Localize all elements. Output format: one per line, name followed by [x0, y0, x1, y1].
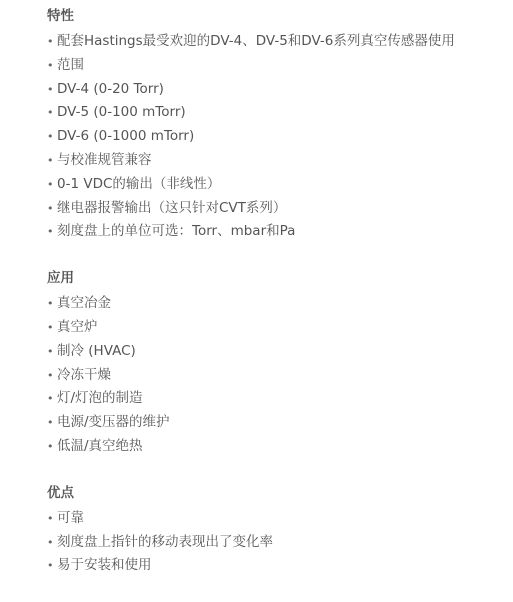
section-spacer [47, 244, 507, 268]
section-0: 特性•配套Hastings最受欢迎的DV-4、DV-5和DV-6系列真空传感器使… [47, 6, 507, 244]
list-item-text: 电源/变压器的维护 [57, 411, 170, 435]
list-item: •易于安装和使用 [47, 554, 507, 578]
bullet-icon: • [47, 101, 57, 125]
list-item-text: 真空炉 [57, 316, 98, 340]
list-item: •电源/变压器的维护 [47, 411, 507, 435]
section-heading: 优点 [47, 483, 507, 507]
list-item: •真空炉 [47, 316, 507, 340]
bullet-list: •可靠•刻度盘上指针的移动表现出了变化率•易于安装和使用 [47, 507, 507, 578]
list-item-text: 刻度盘上指针的移动表现出了变化率 [57, 531, 273, 555]
list-item-text: 0-1 VDC的输出（非线性） [57, 173, 220, 197]
list-item-text: 配套Hastings最受欢迎的DV-4、DV-5和DV-6系列真空传感器使用 [57, 30, 455, 54]
list-item-text: 易于安装和使用 [57, 554, 152, 578]
list-item-text: 与校准规管兼容 [57, 149, 152, 173]
list-item: •低温/真空绝热 [47, 435, 507, 459]
bullet-icon: • [47, 554, 57, 578]
bullet-icon: • [47, 197, 57, 221]
list-item: •DV-6 (0-1000 mTorr) [47, 125, 507, 149]
bullet-icon: • [47, 30, 57, 54]
list-item: •DV-4 (0-20 Torr) [47, 78, 507, 102]
bullet-icon: • [47, 507, 57, 531]
bullet-icon: • [47, 125, 57, 149]
bullet-icon: • [47, 340, 57, 364]
list-item-text: 低温/真空绝热 [57, 435, 143, 459]
bullet-icon: • [47, 531, 57, 555]
section-1: 应用•真空冶金•真空炉•制冷 (HVAC)•冷冻干燥•灯/灯泡的制造•电源/变压… [47, 268, 507, 459]
bullet-icon: • [47, 316, 57, 340]
bullet-icon: • [47, 78, 57, 102]
list-item-text: DV-6 (0-1000 mTorr) [57, 125, 194, 149]
list-item: •范围 [47, 54, 507, 78]
bullet-icon: • [47, 220, 57, 244]
list-item: •继电器报警输出（这只针对CVT系列） [47, 197, 507, 221]
bullet-icon: • [47, 411, 57, 435]
list-item: •冷冻干燥 [47, 364, 507, 388]
bullet-icon: • [47, 387, 57, 411]
bullet-icon: • [47, 173, 57, 197]
list-item-text: 可靠 [57, 507, 84, 531]
bullet-icon: • [47, 292, 57, 316]
list-item: •DV-5 (0-100 mTorr) [47, 101, 507, 125]
list-item: •真空冶金 [47, 292, 507, 316]
section-2: 优点•可靠•刻度盘上指针的移动表现出了变化率•易于安装和使用 [47, 483, 507, 578]
bullet-list: •真空冶金•真空炉•制冷 (HVAC)•冷冻干燥•灯/灯泡的制造•电源/变压器的… [47, 292, 507, 459]
bullet-icon: • [47, 149, 57, 173]
list-item: •刻度盘上的单位可选：Torr、mbar和Pa [47, 220, 507, 244]
list-item-text: 灯/灯泡的制造 [57, 387, 143, 411]
section-heading: 特性 [47, 6, 507, 30]
list-item-text: 真空冶金 [57, 292, 111, 316]
list-item-text: 范围 [57, 54, 84, 78]
list-item: •0-1 VDC的输出（非线性） [47, 173, 507, 197]
list-item-text: 冷冻干燥 [57, 364, 111, 388]
list-item-text: 继电器报警输出（这只针对CVT系列） [57, 197, 286, 221]
bullet-icon: • [47, 364, 57, 388]
bullet-icon: • [47, 54, 57, 78]
list-item: •刻度盘上指针的移动表现出了变化率 [47, 531, 507, 555]
section-heading: 应用 [47, 268, 507, 292]
section-spacer [47, 459, 507, 483]
list-item-text: DV-5 (0-100 mTorr) [57, 101, 186, 125]
sections-container: 特性•配套Hastings最受欢迎的DV-4、DV-5和DV-6系列真空传感器使… [47, 6, 507, 578]
list-item-text: 制冷 (HVAC) [57, 340, 136, 364]
bullet-list: •配套Hastings最受欢迎的DV-4、DV-5和DV-6系列真空传感器使用•… [47, 30, 507, 244]
bullet-icon: • [47, 435, 57, 459]
list-item: •制冷 (HVAC) [47, 340, 507, 364]
document-content: 特性•配套Hastings最受欢迎的DV-4、DV-5和DV-6系列真空传感器使… [47, 6, 507, 578]
list-item: •与校准规管兼容 [47, 149, 507, 173]
list-item-text: 刻度盘上的单位可选：Torr、mbar和Pa [57, 220, 295, 244]
list-item: •灯/灯泡的制造 [47, 387, 507, 411]
list-item: •配套Hastings最受欢迎的DV-4、DV-5和DV-6系列真空传感器使用 [47, 30, 507, 54]
list-item: •可靠 [47, 507, 507, 531]
list-item-text: DV-4 (0-20 Torr) [57, 78, 164, 102]
